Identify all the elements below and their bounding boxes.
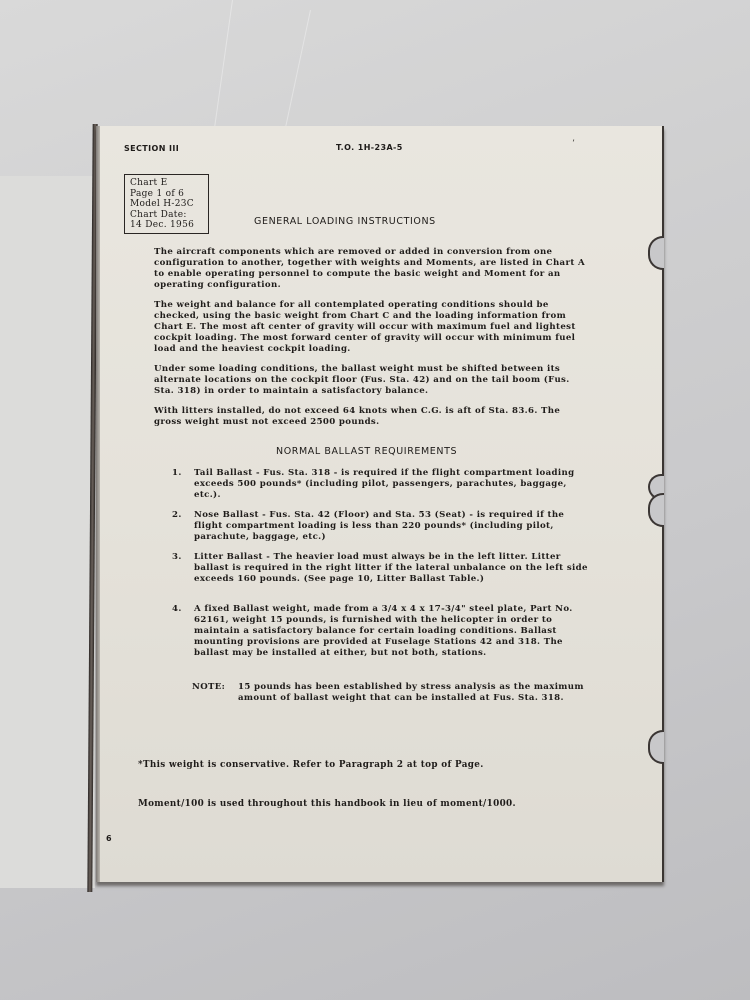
note-label: NOTE: bbox=[192, 682, 225, 693]
technical-order-number: T.O. 1H-23A-5 bbox=[336, 143, 403, 152]
requirement-number: 2. bbox=[172, 510, 182, 521]
punch-hole bbox=[648, 730, 664, 764]
page-number: 6 bbox=[106, 834, 112, 843]
requirement-item: 2. Nose Ballast - Fus. Sta. 42 (Floor) a… bbox=[172, 510, 592, 543]
punch-hole bbox=[648, 236, 664, 270]
page-spine bbox=[96, 126, 100, 882]
chart-date: 14 Dec. 1956 bbox=[130, 220, 204, 231]
section-label: SECTION III bbox=[124, 144, 179, 153]
punch-hole bbox=[648, 493, 664, 527]
requirement-text: A fixed Ballast weight, made from a 3/4 … bbox=[194, 604, 592, 659]
requirement-text: Litter Ballast - The heavier load must a… bbox=[194, 552, 592, 585]
requirement-item: 1. Tail Ballast - Fus. Sta. 318 - is req… bbox=[172, 468, 592, 501]
paragraph: Under some loading conditions, the balla… bbox=[154, 364, 586, 397]
requirement-number: 4. bbox=[172, 604, 182, 615]
paragraph-text: With litters installed, do not exceed 64… bbox=[154, 406, 586, 428]
note: NOTE: 15 pounds has been established by … bbox=[192, 682, 602, 704]
document-page: SECTION III T.O. 1H-23A-5 ʼ Chart E Page… bbox=[96, 126, 664, 882]
requirement-number: 1. bbox=[172, 468, 182, 479]
chart-name: Chart E bbox=[130, 178, 204, 189]
chart-model: Model H-23C bbox=[130, 199, 204, 210]
note-text: 15 pounds has been established by stress… bbox=[238, 682, 602, 704]
footnote: *This weight is conservative. Refer to P… bbox=[138, 760, 484, 770]
stray-mark: ʼ bbox=[572, 139, 575, 148]
paragraph: The aircraft components which are remove… bbox=[154, 247, 586, 291]
paragraph-text: Under some loading conditions, the balla… bbox=[154, 364, 586, 397]
requirement-text: Tail Ballast - Fus. Sta. 318 - is requir… bbox=[194, 468, 592, 501]
underlying-page bbox=[0, 176, 95, 888]
chart-date-label: Chart Date: bbox=[130, 210, 204, 221]
paragraph: The weight and balance for all contempla… bbox=[154, 300, 586, 355]
chart-info-box: Chart E Page 1 of 6 Model H-23C Chart Da… bbox=[124, 174, 209, 234]
requirement-text: Nose Ballast - Fus. Sta. 42 (Floor) and … bbox=[194, 510, 592, 543]
requirement-item: 3. Litter Ballast - The heavier load mus… bbox=[172, 552, 592, 585]
section-subtitle: NORMAL BALLAST REQUIREMENTS bbox=[276, 446, 457, 457]
requirement-number: 3. bbox=[172, 552, 182, 563]
paragraph-text: The weight and balance for all contempla… bbox=[154, 300, 586, 355]
moment-note: Moment/100 is used throughout this handb… bbox=[138, 799, 516, 809]
paragraph: With litters installed, do not exceed 64… bbox=[154, 406, 586, 428]
chart-page: Page 1 of 6 bbox=[130, 189, 204, 200]
paragraph-text: The aircraft components which are remove… bbox=[154, 247, 586, 291]
requirement-item: 4. A fixed Ballast weight, made from a 3… bbox=[172, 604, 592, 659]
page-title: GENERAL LOADING INSTRUCTIONS bbox=[254, 216, 436, 227]
